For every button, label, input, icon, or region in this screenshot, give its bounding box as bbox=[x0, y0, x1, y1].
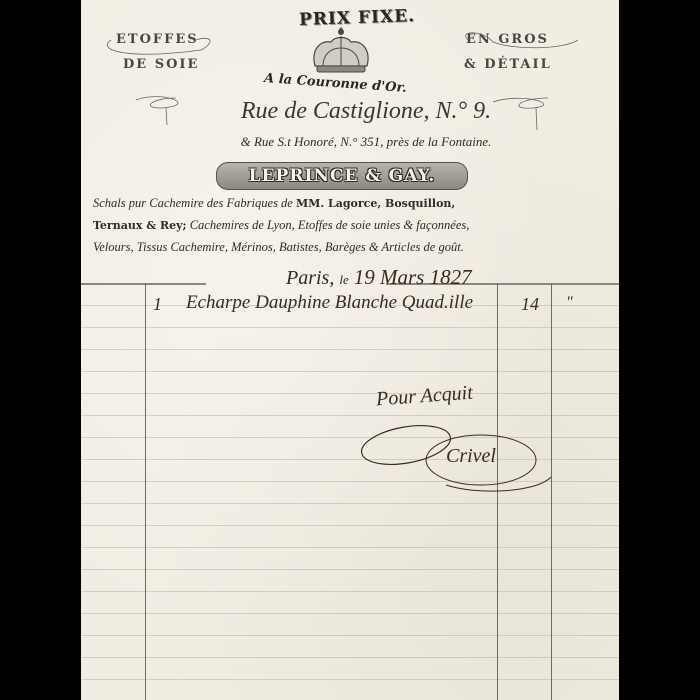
firm-name: LEPRINCE & GAY. bbox=[249, 166, 436, 186]
header-rule-left bbox=[81, 283, 206, 285]
desc2-bold: Ternaux & Rey; bbox=[93, 219, 187, 232]
description-line-2: Ternaux & Rey; Cachemires de Lyon, Etoff… bbox=[93, 218, 613, 233]
date-city: Paris, bbox=[286, 267, 334, 289]
date-line: Paris, le 19 Mars 1827 bbox=[286, 265, 472, 290]
desc1-bold: MM. Lagorce, Bosquillon, bbox=[296, 197, 455, 210]
date-value: 19 Mars 1827 bbox=[354, 265, 472, 289]
desc1-italic: Schals pur Cachemire des Fabriques de bbox=[93, 196, 296, 210]
firm-name-banner: LEPRINCE & GAY. bbox=[216, 162, 468, 190]
date-prefix: le bbox=[339, 272, 348, 287]
invoice-paper: ETOFFES DE SOIE EN GROS & DÉTAIL PRIX FI… bbox=[81, 0, 619, 700]
left-flourish-icon bbox=[91, 20, 231, 130]
crown-icon bbox=[309, 26, 373, 76]
row-qty: 1 bbox=[153, 294, 162, 315]
description-line-3: Velours, Tissus Cachemire, Mérinos, Bati… bbox=[93, 240, 613, 255]
address-main: Rue de Castiglione, N.° 9. bbox=[216, 98, 516, 125]
row-amount: 14 bbox=[521, 294, 539, 315]
signature: Crivel bbox=[446, 445, 496, 468]
address-secondary: & Rue S.t Honoré, N.° 351, près de la Fo… bbox=[186, 134, 546, 150]
row-cents: " bbox=[566, 294, 573, 312]
column-divider-qty bbox=[145, 283, 146, 700]
row-description: Echarpe Dauphine Blanche Quad.ille bbox=[186, 292, 473, 314]
receipt-note: Pour Acquit bbox=[375, 382, 473, 412]
desc3-italic: Velours, Tissus Cachemire, Mérinos, Bati… bbox=[93, 240, 464, 254]
description-line-1: Schals pur Cachemire des Fabriques de MM… bbox=[93, 196, 613, 211]
desc2-italic: Cachemires de Lyon, Etoffes de soie unie… bbox=[187, 218, 470, 232]
